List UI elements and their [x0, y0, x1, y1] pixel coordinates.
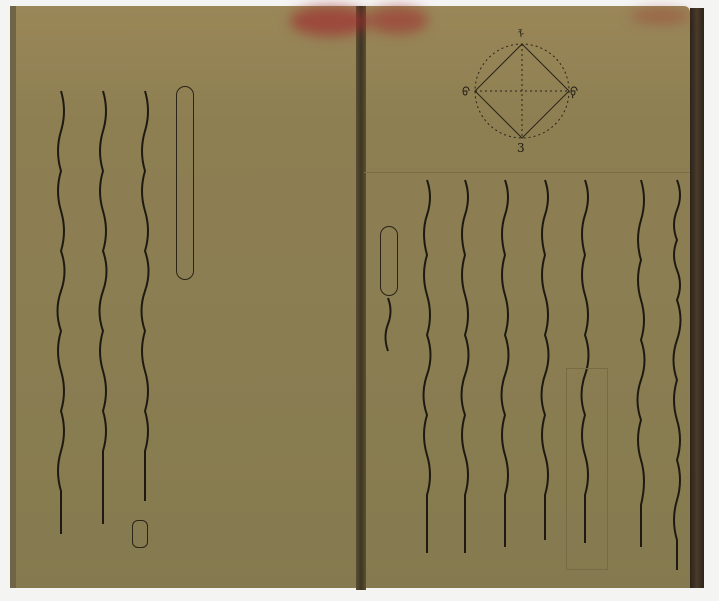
inline-box: boxed word (Mongolian script) [132, 520, 148, 548]
page-divider-line [364, 172, 690, 173]
text-column: column 7 text (Mongolian script) [416, 175, 438, 575]
text-column [378, 296, 398, 356]
red-stain [630, 8, 690, 24]
svg-text:ᠹ: ᠹ [570, 85, 578, 99]
title-box: boxed heading (Mongolian script) [380, 226, 398, 296]
text-column: column 1 text (Mongolian script) [134, 86, 156, 516]
svg-text:ᠪ: ᠪ [462, 85, 470, 99]
text-column: column 6 text (Mongolian script) [454, 175, 476, 575]
inset-annotation: small inset annotation column (Mongolian… [566, 368, 608, 570]
text-column: column 2 text (Mongolian script) [92, 86, 114, 526]
text-column: column 4 text (Mongolian script) [534, 175, 556, 575]
text-column: column 1 text (Mongolian script) [666, 175, 688, 575]
compass-diagram: ᠯ ᠪ ᠹ 3 square rotated 45° inscribed in … [462, 26, 582, 156]
svg-text:3: 3 [517, 141, 525, 155]
title-box: boxed heading (Mongolian script) [176, 86, 194, 280]
text-column: column 5 text (Mongolian script) [494, 175, 516, 575]
red-stain [290, 6, 370, 36]
book-gutter [356, 6, 366, 590]
book-edge [690, 8, 704, 588]
text-column: column 3 text (Mongolian script) [50, 86, 72, 546]
text-column: column 2 text (Mongolian script) [630, 175, 652, 575]
red-stain [368, 6, 428, 34]
svg-text:ᠯ: ᠯ [518, 28, 524, 41]
